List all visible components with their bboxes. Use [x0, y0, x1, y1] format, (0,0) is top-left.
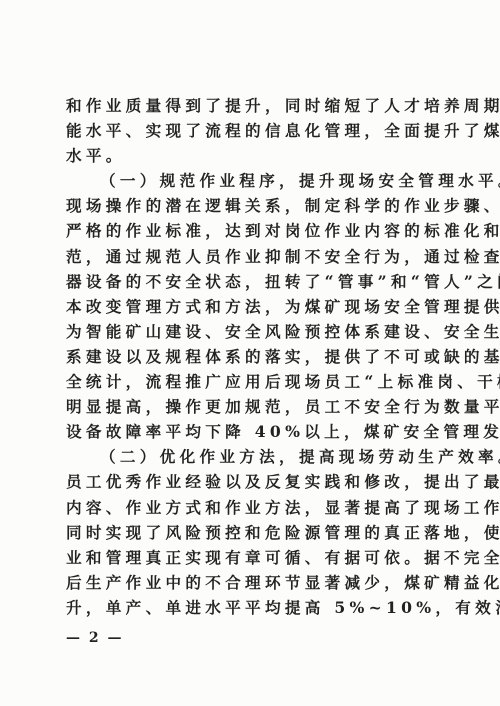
text-line: 严格的作业标准，达到对岗位作业内容的标准化和对作业行为的规 — [66, 218, 440, 243]
document-page: 和作业质量得到了提升，同时缩短了人才培养周期、提高了岗位技 能水平、实现了流程的… — [0, 0, 500, 706]
text-line: 范，通过规范人员作业抑制不安全行为，通过检查作业环境发现机 — [66, 244, 440, 269]
body-text: 和作业质量得到了提升，同时缩短了人才培养周期、提高了岗位技 能水平、实现了流程的… — [66, 93, 440, 620]
text-line: 和作业质量得到了提升，同时缩短了人才培养周期、提高了岗位技 — [66, 93, 440, 118]
text-line: 能水平、实现了流程的信息化管理，全面提升了煤矿安全生产管理 — [66, 118, 440, 143]
page-number: — 2 — — [66, 630, 124, 646]
text-line: 本改变管理方式和方法，为煤矿现场安全管理提供了有效抓手，也 — [66, 294, 440, 319]
text-line: 后生产作业中的不合理环节显著减少，煤矿精益化管理水平显著提 — [66, 570, 440, 595]
section-heading-line: （二）优化作业方法，提高现场劳动生产效率。通过融合广大 — [66, 444, 440, 469]
section-heading-line: （一）规范作业程序，提升现场安全管理水平。通过理顺煤矿 — [66, 168, 440, 193]
text-line: 设备故障率平均下降 40%以上，煤矿安全管理发生了质的飞跃。 — [66, 419, 440, 444]
text-line: 同时实现了风险预控和危险源管理的真正落地，使现场一线岗位作 — [66, 520, 440, 545]
text-line: 全统计，流程推广应用后现场员工“上标准岗、干标准活”的意识 — [66, 369, 440, 394]
text-line: 员工优秀作业经验以及反复实践和修改，提出了最优化的岗位作业 — [66, 469, 440, 494]
text-line: 内容、作业方式和作业方法，显著提高了现场工作效率和作业质量， — [66, 495, 440, 520]
text-line: 为智能矿山建设、安全风险预控体系建设、安全生产标准化管理体 — [66, 319, 440, 344]
text-line: 系建设以及规程体系的落实，提供了不可或缺的基础支撑。据不完 — [66, 344, 440, 369]
text-line: 水平。 — [66, 143, 440, 168]
text-line: 业和管理真正实现有章可循、有据可依。据不完全统计，流程应用 — [66, 545, 440, 570]
text-line: 升，单产、单进水平平均提高 5%~10%，有效消除了作业随意、杂乱 — [66, 595, 440, 620]
text-line: 现场操作的潜在逻辑关系，制定科学的作业步骤、全面的作业内容、 — [66, 193, 440, 218]
text-line: 器设备的不安全状态，扭转了“管事”和“管人”之间的关系，根 — [66, 269, 440, 294]
text-line: 明显提高，操作更加规范，员工不安全行为数量平均下降 30%以上， — [66, 394, 440, 419]
